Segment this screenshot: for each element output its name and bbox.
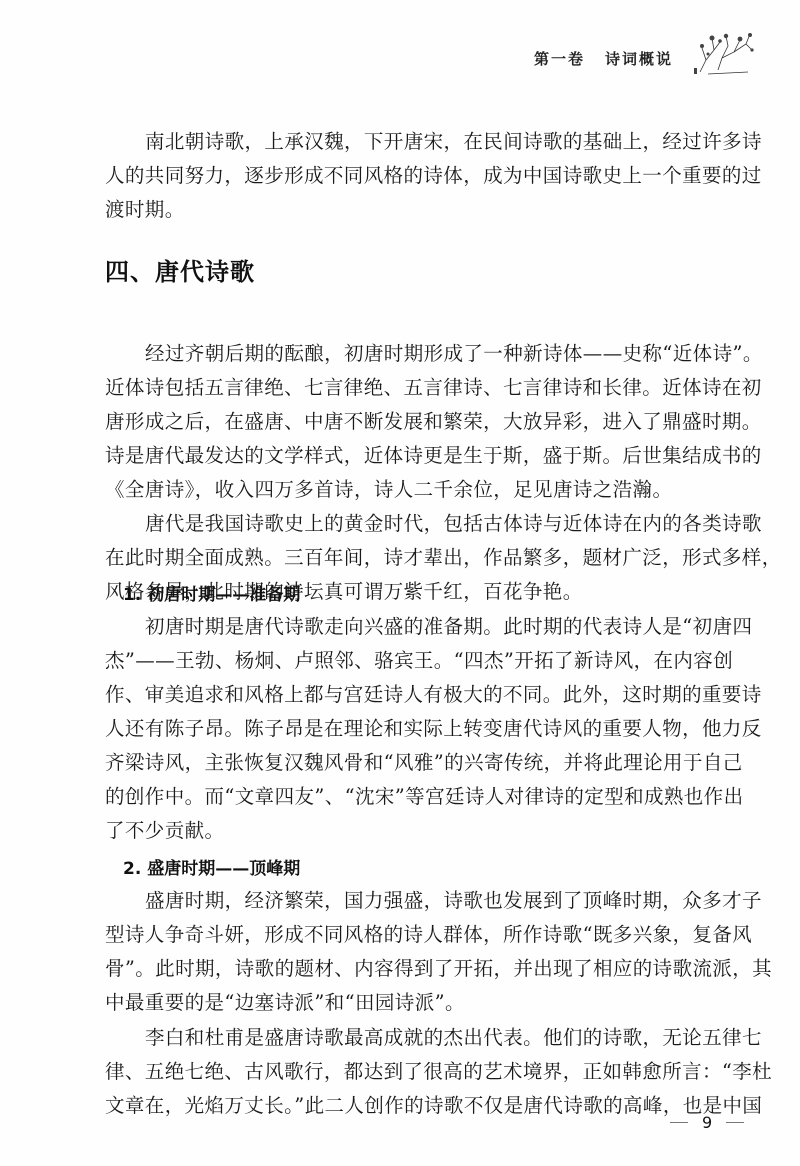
body-paragraph: 初唐时期是唐代诗歌走向兴盛的准备期。此时期的代表诗人是“初唐四 杰”——王勃、杨… (105, 610, 705, 848)
text-line: 人还有陈子昂。陈子昂是在理论和实际上转变唐代诗风的重要人物，他力反 (105, 712, 705, 746)
running-head-volume: 第一卷 (534, 48, 585, 69)
body-paragraph: 李白和杜甫是盛唐诗歌最高成就的杰出代表。他们的诗歌，无论五律七 律、五绝七绝、古… (105, 1021, 705, 1123)
intro-paragraph: 南北朝诗歌，上承汉魏，下开唐宋，在民间诗歌的基础上，经过许多诗 人的共同努力，逐… (105, 125, 705, 227)
book-page: 第一卷 诗词概说 南北朝诗歌，上承汉魏，下开唐宋，在民间诗歌的基础上，经过许多诗… (0, 0, 800, 1166)
text-line: 《全唐诗》，收入四万多首诗，诗人二千余位，足见唐诗之浩瀚。 (105, 473, 705, 507)
page-number: 9 (656, 1113, 758, 1132)
text-line: 渡时期。 (105, 193, 705, 227)
subsection-heading: 1. 初唐时期——准备期 (123, 580, 300, 605)
body-paragraph: 经过齐朝后期的酝酿，初唐时期形成了一种新诗体——史称“近体诗”。 近体诗包括五言… (105, 337, 705, 507)
text-line: 盛唐时期，经济繁荣，国力强盛，诗歌也发展到了顶峰时期，众多才子 (105, 884, 705, 918)
subsection-heading: 2. 盛唐时期——顶峰期 (123, 854, 300, 879)
text-line: 律、五绝七绝、古风歌行，都达到了很高的艺术境界，正如韩愈所言：“李杜 (105, 1055, 705, 1089)
section-heading: 四、唐代诗歌 (105, 252, 255, 287)
page-number-value: 9 (702, 1113, 712, 1132)
text-line: 初唐时期是唐代诗歌走向兴盛的准备期。此时期的代表诗人是“初唐四 (105, 610, 705, 644)
text-line: 中最重要的是“边塞诗派”和“田园诗派”。 (105, 986, 705, 1020)
text-line: 近体诗包括五言律绝、七言律绝、五言律诗、七言律诗和长律。近体诗在初 (105, 371, 705, 405)
text-line: 诗是唐代最发达的文学样式，近体诗更是生于斯，盛于斯。后世集结成书的 (105, 439, 705, 473)
text-line: 南北朝诗歌，上承汉魏，下开唐宋，在民间诗歌的基础上，经过许多诗 (105, 125, 705, 159)
text-line: 作、审美追求和风格上都与宫廷诗人有极大的不同。此外，这时期的重要诗 (105, 678, 705, 712)
text-line: 的创作中。而“文章四友”、“沈宋”等宫廷诗人对律诗的定型和成熟也作出 (105, 780, 705, 814)
body-paragraph: 盛唐时期，经济繁荣，国力强盛，诗歌也发展到了顶峰时期，众多才子 型诗人争奇斗妍，… (105, 884, 705, 1020)
text-line: 李白和杜甫是盛唐诗歌最高成就的杰出代表。他们的诗歌，无论五律七 (105, 1021, 705, 1055)
text-line: 骨”。此时期，诗歌的题材、内容得到了开拓，并出现了相应的诗歌流派，其 (105, 952, 705, 986)
text-line: 在此时期全面成熟。三百年间，诗才辈出，作品繁多，题材广泛，形式多样， (105, 541, 705, 575)
folio-dash-left (670, 1122, 688, 1123)
text-line: 了不少贡献。 (105, 814, 705, 848)
text-line: 经过齐朝后期的酝酿，初唐时期形成了一种新诗体——史称“近体诗”。 (105, 337, 705, 371)
running-head: 第一卷 诗词概说 (534, 45, 673, 71)
text-line: 唐代是我国诗歌史上的黄金时代，包括古体诗与近体诗在内的各类诗歌 (105, 507, 705, 541)
text-line: 杰”——王勃、杨炯、卢照邻、骆宾王。“四杰”开拓了新诗风，在内容创 (105, 644, 705, 678)
folio-dash-right (726, 1122, 744, 1123)
running-head-title: 诗词概说 (605, 48, 673, 69)
text-line: 文章在，光焰万丈长。”此二人创作的诗歌不仅是唐代诗歌的高峰，也是中国 (105, 1089, 705, 1123)
text-line: 齐梁诗风，主张恢复汉魏风骨和“风雅”的兴寄传统，并将此理论用于自己 (105, 746, 705, 780)
text-line: 唐形成之后，在盛唐、中唐不断发展和繁荣，大放异彩，进入了鼎盛时期。 (105, 405, 705, 439)
text-line: 人的共同努力，逐步形成不同风格的诗体，成为中国诗歌史上一个重要的过 (105, 159, 705, 193)
text-line: 型诗人争奇斗妍，形成不同风格的诗人群体，所作诗歌“既多兴象，复备风 (105, 918, 705, 952)
tree-ornament-icon (688, 30, 758, 75)
